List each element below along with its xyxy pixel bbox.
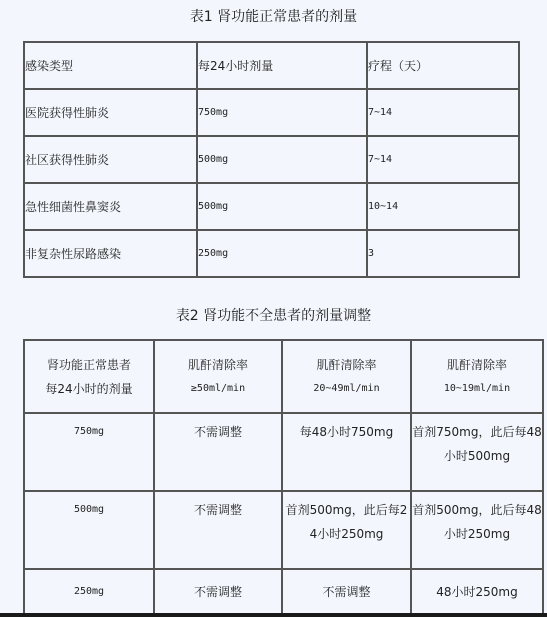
crcl-50-cell: 不需调整 xyxy=(154,413,282,491)
bottom-border-line xyxy=(0,613,547,617)
infection-type-cell: 非复杂性尿路感染 xyxy=(24,230,197,277)
table1-header-infection-type: 感染类型 xyxy=(24,42,197,89)
crcl-20-49-cell: 不需调整 xyxy=(282,569,411,615)
table-row: 250mg 不需调整 不需调整 48小时250mg xyxy=(24,569,543,615)
normal-dose-cell: 750mg xyxy=(24,413,154,491)
table2-header-crcl-10-19: 肌酐清除率 10~19ml/min xyxy=(411,340,543,413)
table1-header-row: 感染类型 每24小时剂量 疗程（天） xyxy=(24,42,519,89)
table2-header-crcl-20-49: 肌酐清除率 20~49ml/min xyxy=(282,340,411,413)
course-cell: 10~14 xyxy=(367,183,519,230)
dose-cell: 250mg xyxy=(197,230,367,277)
infection-type-cell: 急性细菌性鼻窦炎 xyxy=(24,183,197,230)
table2-header-row: 肾功能正常患者 每24小时的剂量 肌酐清除率 ≥50ml/min 肌酐清除率 2… xyxy=(24,340,543,413)
header-line2: ≥50ml/min xyxy=(155,377,281,401)
table-row: 医院获得性肺炎 750mg 7~14 xyxy=(24,89,519,136)
table1-header-course-days: 疗程（天） xyxy=(367,42,519,89)
header-line1: 肌酐清除率 xyxy=(412,353,542,377)
header-line1: 肌酐清除率 xyxy=(283,353,410,377)
table2-header-crcl-50: 肌酐清除率 ≥50ml/min xyxy=(154,340,282,413)
table2-caption: 表2 肾功能不全患者的剂量调整 xyxy=(0,305,547,325)
table1-caption: 表1 肾功能正常患者的剂量 xyxy=(0,6,547,26)
normal-dose-cell: 250mg xyxy=(24,569,154,615)
table-row: 社区获得性肺炎 500mg 7~14 xyxy=(24,136,519,183)
table-row: 500mg 不需调整 首剂500mg，此后每24小时250mg 首剂500mg，… xyxy=(24,491,543,569)
table-row: 750mg 不需调整 每48小时750mg 首剂750mg，此后每48小时500… xyxy=(24,413,543,491)
crcl-50-cell: 不需调整 xyxy=(154,569,282,615)
table2-header-normal-dose: 肾功能正常患者 每24小时的剂量 xyxy=(24,340,154,413)
header-line2: 20~49ml/min xyxy=(283,377,410,401)
infection-type-cell: 社区获得性肺炎 xyxy=(24,136,197,183)
crcl-20-49-cell: 首剂500mg，此后每24小时250mg xyxy=(282,491,411,569)
course-cell: 3 xyxy=(367,230,519,277)
normal-dose-cell: 500mg xyxy=(24,491,154,569)
table-row: 非复杂性尿路感染 250mg 3 xyxy=(24,230,519,277)
header-line2: 每24小时的剂量 xyxy=(25,377,153,401)
header-line2: 10~19ml/min xyxy=(412,377,542,401)
table1-normal-renal-dosage: 感染类型 每24小时剂量 疗程（天） 医院获得性肺炎 750mg 7~14 社区… xyxy=(23,41,520,278)
dose-cell: 750mg xyxy=(197,89,367,136)
header-line1: 肌酐清除率 xyxy=(155,353,281,377)
crcl-10-19-cell: 首剂500mg，此后每48小时250mg xyxy=(411,491,543,569)
table2-renal-impairment-dosage: 肾功能正常患者 每24小时的剂量 肌酐清除率 ≥50ml/min 肌酐清除率 2… xyxy=(23,339,544,616)
course-cell: 7~14 xyxy=(367,136,519,183)
crcl-10-19-cell: 48小时250mg xyxy=(411,569,543,615)
header-line1: 肾功能正常患者 xyxy=(25,353,153,377)
crcl-50-cell: 不需调整 xyxy=(154,491,282,569)
table-row: 急性细菌性鼻窦炎 500mg 10~14 xyxy=(24,183,519,230)
dose-cell: 500mg xyxy=(197,183,367,230)
crcl-10-19-cell: 首剂750mg，此后每48小时500mg xyxy=(411,413,543,491)
table1-header-dose-24h: 每24小时剂量 xyxy=(197,42,367,89)
course-cell: 7~14 xyxy=(367,89,519,136)
dose-cell: 500mg xyxy=(197,136,367,183)
crcl-20-49-cell: 每48小时750mg xyxy=(282,413,411,491)
infection-type-cell: 医院获得性肺炎 xyxy=(24,89,197,136)
